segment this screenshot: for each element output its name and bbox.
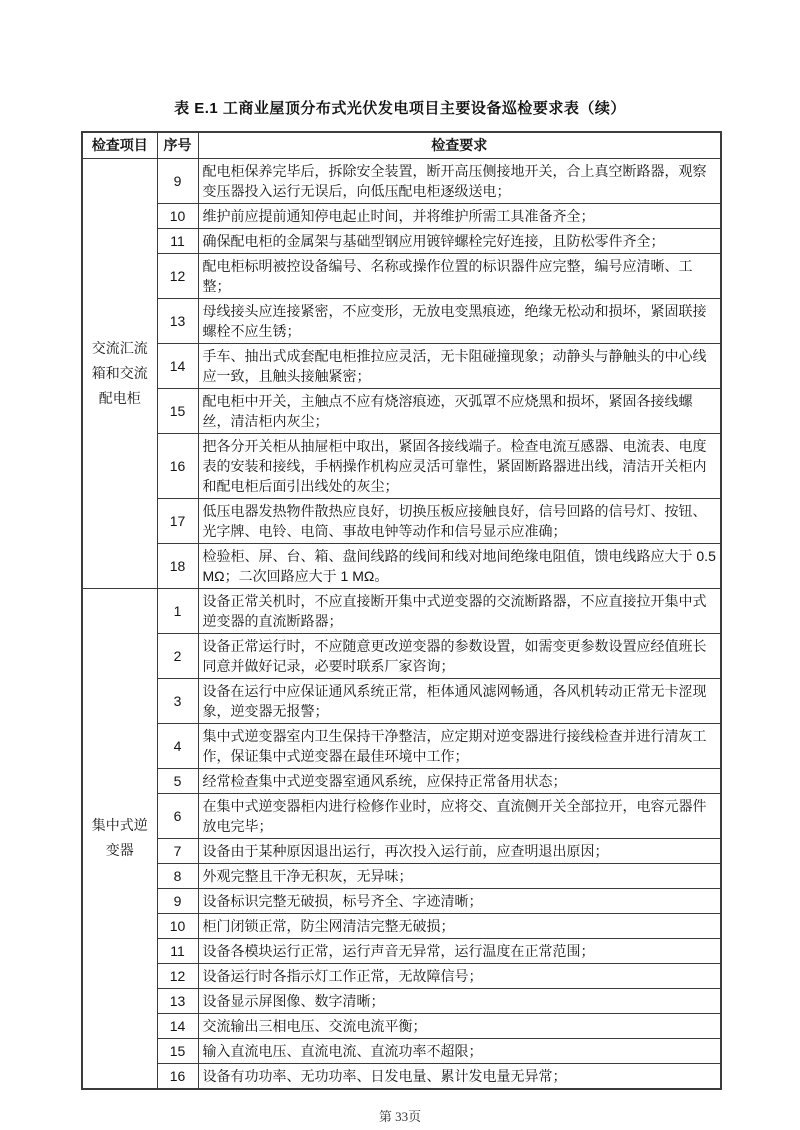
requirement-text-cell: 手车、抽出式成套配电柜推拉应灵活，无卡阻碰撞现象；动静头与静触头的中心线应一致，… — [198, 343, 721, 388]
serial-number-cell: 14 — [157, 1013, 198, 1038]
requirement-text-cell: 经常检查集中式逆变器室通风系统，应保持正常备用状态； — [198, 768, 721, 793]
table-row: 12设备运行时各指示灯工作正常，无故障信号； — [82, 963, 721, 988]
requirement-text-cell: 外观完整且干净无积灰，无异味； — [198, 863, 721, 888]
requirement-text-cell: 设备有功功率、无功功率、日发电量、累计发电量无异常； — [198, 1063, 721, 1089]
table-row: 集中式逆变器1设备正常关机时，不应直接断开集中式逆变器的交流断路器，不应直接拉开… — [82, 588, 721, 633]
table-row: 14交流输出三相电压、交流电流平衡； — [82, 1013, 721, 1038]
requirement-text-cell: 设备运行时各指示灯工作正常，无故障信号； — [198, 963, 721, 988]
requirement-text-cell: 维护前应提前通知停电起止时间，并将维护所需工具准备齐全； — [198, 203, 721, 228]
table-header-row: 检查项目 序号 检查要求 — [82, 132, 721, 158]
serial-number-cell: 13 — [157, 988, 198, 1013]
table-row: 6在集中式逆变器柜内进行检修作业时，应将交、直流侧开关全部拉开，电容元器件放电完… — [82, 793, 721, 838]
table-title: 表 E.1 工商业屋顶分布式光伏发电项目主要设备巡检要求表（续） — [0, 97, 800, 118]
serial-number-cell: 8 — [157, 863, 198, 888]
column-header-inspection-item: 检查项目 — [82, 132, 157, 158]
table-row: 16设备有功功率、无功功率、日发电量、累计发电量无异常； — [82, 1063, 721, 1089]
serial-number-cell: 15 — [157, 1038, 198, 1063]
table-row: 2设备正常运行时，不应随意更改逆变器的参数设置，如需变更参数设置应经值班长同意并… — [82, 633, 721, 678]
serial-number-cell: 11 — [157, 228, 198, 253]
serial-number-cell: 5 — [157, 768, 198, 793]
table-row: 11确保配电柜的金属架与基础型钢应用镀锌螺栓完好连接，且防松零件齐全； — [82, 228, 721, 253]
table-row: 交流汇流箱和交流配电柜9配电柜保养完毕后，拆除安全装置，断开高压侧接地开关，合上… — [82, 158, 721, 203]
requirement-text-cell: 设备正常运行时，不应随意更改逆变器的参数设置，如需变更参数设置应经值班长同意并做… — [198, 633, 721, 678]
table-row: 13设备显示屏图像、数字清晰； — [82, 988, 721, 1013]
requirement-text-cell: 设备标识完整无破损，标号齐全、字迹清晰； — [198, 888, 721, 913]
requirement-text-cell: 设备正常关机时，不应直接断开集中式逆变器的交流断路器，不应直接拉开集中式逆变器的… — [198, 588, 721, 633]
serial-number-cell: 9 — [157, 158, 198, 203]
serial-number-cell: 1 — [157, 588, 198, 633]
serial-number-cell: 16 — [157, 1063, 198, 1089]
requirement-text-cell: 配电柜保养完毕后，拆除安全装置，断开高压侧接地开关，合上真空断路器，观察变压器投… — [198, 158, 721, 203]
table-row: 14手车、抽出式成套配电柜推拉应灵活，无卡阻碰撞现象；动静头与静触头的中心线应一… — [82, 343, 721, 388]
serial-number-cell: 12 — [157, 963, 198, 988]
requirement-text-cell: 母线接头应连接紧密，不应变形，无放电变黑痕迹，绝缘无松动和损坏，紧固联接螺栓不应… — [198, 298, 721, 343]
table-row: 3设备在运行中应保证通风系统正常，柜体通风滤网畅通，各风机转动正常无卡涩现象，逆… — [82, 678, 721, 723]
serial-number-cell: 17 — [157, 498, 198, 543]
inspection-item-cell: 集中式逆变器 — [82, 588, 157, 1089]
requirement-text-cell: 交流输出三相电压、交流电流平衡； — [198, 1013, 721, 1038]
document-page: 表 E.1 工商业屋顶分布式光伏发电项目主要设备巡检要求表（续） 检查项目 序号… — [0, 0, 800, 1130]
table-row: 15输入直流电压、直流电流、直流功率不超限； — [82, 1038, 721, 1063]
serial-number-cell: 15 — [157, 388, 198, 433]
table-row: 4集中式逆变器室内卫生保持干净整洁，应定期对逆变器进行接线检查并进行清灰工作，保… — [82, 723, 721, 768]
requirement-text-cell: 设备各模块运行正常，运行声音无异常，运行温度在正常范围； — [198, 938, 721, 963]
requirement-text-cell: 配电柜中开关，主触点不应有烧溶痕迹，灭弧罩不应烧黑和损坏，紧固各接线螺丝，清洁柜… — [198, 388, 721, 433]
requirement-text-cell: 集中式逆变器室内卫生保持干净整洁，应定期对逆变器进行接线检查并进行清灰工作，保证… — [198, 723, 721, 768]
column-header-serial-number: 序号 — [157, 132, 198, 158]
requirement-text-cell: 设备在运行中应保证通风系统正常，柜体通风滤网畅通，各风机转动正常无卡涩现象，逆变… — [198, 678, 721, 723]
requirement-text-cell: 确保配电柜的金属架与基础型钢应用镀锌螺栓完好连接，且防松零件齐全； — [198, 228, 721, 253]
requirement-text-cell: 设备显示屏图像、数字清晰； — [198, 988, 721, 1013]
table-row: 12配电柜标明被控设备编号、名称或操作位置的标识器件应完整，编号应清晰、工整； — [82, 253, 721, 298]
serial-number-cell: 9 — [157, 888, 198, 913]
table-row: 13母线接头应连接紧密，不应变形，无放电变黑痕迹，绝缘无松动和损坏，紧固联接螺栓… — [82, 298, 721, 343]
serial-number-cell: 3 — [157, 678, 198, 723]
requirement-text-cell: 低压电器发热物件散热应良好，切换压板应接触良好，信号回路的信号灯、按钮、光字牌、… — [198, 498, 721, 543]
serial-number-cell: 10 — [157, 203, 198, 228]
table-row: 8外观完整且干净无积灰，无异味； — [82, 863, 721, 888]
table-row: 15配电柜中开关，主触点不应有烧溶痕迹，灭弧罩不应烧黑和损坏，紧固各接线螺丝，清… — [82, 388, 721, 433]
serial-number-cell: 10 — [157, 913, 198, 938]
page-number: 第 33页 — [0, 1106, 800, 1125]
requirement-text-cell: 柜门闭锁正常，防尘网清洁完整无破损； — [198, 913, 721, 938]
table-row: 16把各分开关柜从抽屉柜中取出，紧固各接线端子。检查电流互感器、电流表、电度表的… — [82, 433, 721, 498]
requirement-text-cell: 配电柜标明被控设备编号、名称或操作位置的标识器件应完整，编号应清晰、工整； — [198, 253, 721, 298]
serial-number-cell: 12 — [157, 253, 198, 298]
serial-number-cell: 6 — [157, 793, 198, 838]
serial-number-cell: 14 — [157, 343, 198, 388]
serial-number-cell: 7 — [157, 838, 198, 863]
serial-number-cell: 2 — [157, 633, 198, 678]
serial-number-cell: 4 — [157, 723, 198, 768]
table-row: 9设备标识完整无破损，标号齐全、字迹清晰； — [82, 888, 721, 913]
requirement-text-cell: 检验柜、屏、台、箱、盘间线路的线间和线对地间绝缘电阻值，馈电线路应大于 0.5M… — [198, 543, 721, 588]
table-row: 5经常检查集中式逆变器室通风系统，应保持正常备用状态； — [82, 768, 721, 793]
inspection-item-cell: 交流汇流箱和交流配电柜 — [82, 158, 157, 588]
table-row: 18检验柜、屏、台、箱、盘间线路的线间和线对地间绝缘电阻值，馈电线路应大于 0.… — [82, 543, 721, 588]
table-row: 10柜门闭锁正常，防尘网清洁完整无破损； — [82, 913, 721, 938]
table-row: 10维护前应提前通知停电起止时间，并将维护所需工具准备齐全； — [82, 203, 721, 228]
column-header-inspection-requirement: 检查要求 — [198, 132, 721, 158]
table-row: 11设备各模块运行正常，运行声音无异常，运行温度在正常范围； — [82, 938, 721, 963]
requirement-text-cell: 把各分开关柜从抽屉柜中取出，紧固各接线端子。检查电流互感器、电流表、电度表的安装… — [198, 433, 721, 498]
table-row: 17低压电器发热物件散热应良好，切换压板应接触良好，信号回路的信号灯、按钮、光字… — [82, 498, 721, 543]
serial-number-cell: 18 — [157, 543, 198, 588]
requirement-text-cell: 在集中式逆变器柜内进行检修作业时，应将交、直流侧开关全部拉开，电容元器件放电完毕… — [198, 793, 721, 838]
serial-number-cell: 13 — [157, 298, 198, 343]
requirement-text-cell: 输入直流电压、直流电流、直流功率不超限； — [198, 1038, 721, 1063]
serial-number-cell: 16 — [157, 433, 198, 498]
serial-number-cell: 11 — [157, 938, 198, 963]
inspection-requirements-table: 检查项目 序号 检查要求 交流汇流箱和交流配电柜9配电柜保养完毕后，拆除安全装置… — [81, 131, 722, 1090]
requirement-text-cell: 设备由于某种原因退出运行，再次投入运行前，应查明退出原因； — [198, 838, 721, 863]
table-body: 交流汇流箱和交流配电柜9配电柜保养完毕后，拆除安全装置，断开高压侧接地开关，合上… — [82, 158, 721, 1089]
table-row: 7设备由于某种原因退出运行，再次投入运行前，应查明退出原因； — [82, 838, 721, 863]
